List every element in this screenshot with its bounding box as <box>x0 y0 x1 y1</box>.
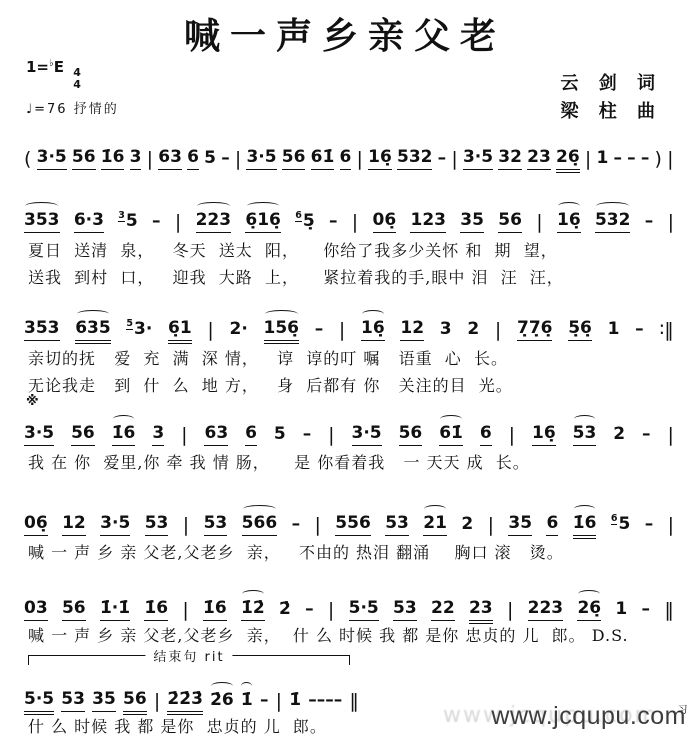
note-token: 3·5 <box>37 147 67 170</box>
note-token: 3·5 <box>463 147 493 170</box>
note-token: 6̣16̣ <box>245 210 281 233</box>
barline: ( <box>24 148 31 170</box>
note-token: 1̇6 <box>101 147 125 170</box>
time-upper: 4 <box>73 67 81 79</box>
note-token: 56 <box>62 598 86 621</box>
song-title: 喊一声乡亲父老 <box>0 8 690 59</box>
note-token: 566 <box>242 513 278 536</box>
note-token: 06̣ <box>24 513 48 536</box>
note-token: 7̣7̣6̣ <box>517 318 553 341</box>
note-token: 2 <box>467 319 479 341</box>
time-signature: 4 4 <box>73 67 81 90</box>
note-token: 1̇6 <box>112 423 136 446</box>
note-token: 156̣ <box>264 318 300 341</box>
barline: | <box>536 211 542 233</box>
note-token: 2̇2̇3̇ <box>167 689 203 712</box>
key-prefix: 1= <box>26 58 49 76</box>
watermark: www.jcqupu.com www.jcqupu.com 习 <box>491 702 686 738</box>
barline: | <box>339 319 345 341</box>
barline: | <box>668 514 674 536</box>
barline: | <box>175 211 181 233</box>
note-token: 3 <box>130 147 142 170</box>
note-token: – <box>221 148 230 170</box>
note-token: 1̇6 <box>203 598 227 621</box>
note-token: – <box>645 514 654 536</box>
barline: | <box>328 424 334 446</box>
note-token: – <box>438 148 447 170</box>
note-token: 3·5 <box>100 513 130 536</box>
note-token: 23 <box>469 598 493 621</box>
time-lower: 4 <box>73 79 81 91</box>
note-token: 635 <box>75 318 111 341</box>
note-token: 35 <box>118 211 137 233</box>
barline: | <box>183 514 189 536</box>
note-token: 16̣ <box>557 210 581 233</box>
key-note: E <box>54 58 64 76</box>
ending-phrase-label: 结束句 rit <box>145 646 232 665</box>
note-token: 12 <box>400 318 424 341</box>
note-token: 532 <box>397 147 433 170</box>
note-token: 56 <box>498 210 522 233</box>
segno-icon: ※ <box>26 394 39 409</box>
barline: | <box>451 148 457 170</box>
barline: | <box>276 690 282 712</box>
barline: | <box>667 148 673 170</box>
grace-note: 3 <box>118 210 125 222</box>
note-token: 5·5 <box>349 598 379 621</box>
note-token: 3 <box>440 319 452 341</box>
note-token: 26̣ <box>556 147 580 170</box>
note-token: 1̇6 <box>573 513 597 536</box>
notation-line-6: 03561̇·1̇1̇6|1̇61̇2̇2̇–|5·5532223|22326̣… <box>24 591 674 621</box>
note-token: – <box>260 690 269 712</box>
barline: | <box>509 424 515 446</box>
barline: | <box>147 148 153 170</box>
note-token: 1 <box>596 148 608 170</box>
note-token: 1̇ <box>241 690 253 712</box>
credit-composer: 梁 柱 曲 <box>560 98 662 126</box>
note-token: 6̣1 <box>168 318 192 341</box>
grace-note: 6 <box>295 210 302 222</box>
note-token: 21 <box>423 513 447 536</box>
note-token: 2 <box>613 424 625 446</box>
barline: | <box>182 599 188 621</box>
note-token: 65̣ <box>295 211 314 233</box>
note-token: 53 <box>385 513 409 536</box>
barline: ) <box>655 148 662 170</box>
lyric-line-5: 喊 一 声 乡 亲 父老,父老乡 亲， 不由的 热泪 翻涌 胸口 滚 烫。 <box>28 540 676 563</box>
note-token: 56 <box>72 147 96 170</box>
note-token: 556 <box>335 513 371 536</box>
note-token: 53· <box>126 319 152 341</box>
watermark-url: www.jcqupu.com <box>491 702 686 730</box>
note-token: 12 <box>62 513 86 536</box>
note-token: 16̣ <box>368 147 392 170</box>
lyric-line-verse2-b: 无论我走 到 什 么 地 方， 身 后都有 你 关注的目 光。 <box>28 373 676 396</box>
key-signature: 1=♭E 4 4 <box>26 58 81 90</box>
note-token: 5 <box>204 148 216 170</box>
note-token: – <box>641 148 650 170</box>
notation-line-3: 35363553·6̣1|2·156̣–|16̣1232|7̣7̣6̣5̣6̣1… <box>24 311 674 341</box>
note-token: 56 <box>123 689 147 712</box>
barline: | <box>488 514 494 536</box>
notation-line-5: 06̣123·553|53566–|55653212|3561̇665–| <box>24 506 674 536</box>
note-token: – <box>642 599 651 621</box>
note-token: 35 <box>92 689 116 712</box>
sheet-music-page: 喊一声乡亲父老 1=♭E 4 4 ♩=76 抒情的 云 剑 词 梁 柱 曲 (3… <box>0 0 690 744</box>
note-token: 35 <box>508 513 532 536</box>
grace-note: 6 <box>611 513 618 525</box>
note-token: 56 <box>71 423 95 446</box>
note-token: 1 <box>608 319 620 341</box>
note-token: – <box>152 211 161 233</box>
barline: | <box>352 211 358 233</box>
watermark-tail: 习 <box>673 704 688 714</box>
note-token: 53 <box>393 598 417 621</box>
note-token: – <box>627 148 636 170</box>
note-token: 6 <box>187 147 199 170</box>
note-token: 3·5 <box>24 423 54 446</box>
note-token: 1 <box>615 599 627 621</box>
note-token: 353 <box>24 210 60 233</box>
note-token: 63 <box>204 423 228 446</box>
note-token: 53 <box>573 423 597 446</box>
grace-note: 5 <box>126 318 133 330</box>
note-token: 2̇ <box>279 599 291 621</box>
note-token: 53 <box>145 513 169 536</box>
note-token: 223 <box>196 210 232 233</box>
note-token: 6 <box>340 147 352 170</box>
note-token: – <box>613 148 622 170</box>
note-token: 532 <box>595 210 631 233</box>
barline: | <box>495 319 501 341</box>
barline: | <box>235 148 241 170</box>
ending-phrase-bracket: 结束句 rit <box>28 655 350 665</box>
note-token: 1̇ <box>289 690 301 712</box>
barline: ∶‖ <box>659 319 673 341</box>
note-token: – <box>329 211 338 233</box>
notation-line-intro: (3·5561̇63|6365–|3·55661̇6|16̣532–|3·532… <box>24 140 674 170</box>
credit-lyricist: 云 剑 词 <box>560 70 662 98</box>
note-token: 16̣ <box>361 318 385 341</box>
barline: | <box>668 424 674 446</box>
note-token: 53 <box>204 513 228 536</box>
note-token: 56 <box>282 147 306 170</box>
note-token: 223 <box>528 598 564 621</box>
notation-line-ending: 5·5533556|2̇2̇3̇2̇61̇–|1̇––––‖ <box>24 682 359 712</box>
note-token: 2 <box>461 514 473 536</box>
lyric-line-verse2-a: 送我 到村 口， 迎我 大路 上， 紧拉着我的手,眼中 泪 汪 汪， <box>28 265 676 288</box>
lyric-line-verse1-a: 夏日 送清 泉， 冬天 送太 阳， 你给了我多少关怀 和 期 望， <box>28 238 676 261</box>
note-token: 123 <box>410 210 446 233</box>
note-token: 35 <box>460 210 484 233</box>
note-token: 1̇·1̇ <box>100 598 130 621</box>
note-token: 2̇6 <box>210 690 234 712</box>
note-token: 353 <box>24 318 60 341</box>
barline: | <box>668 211 674 233</box>
lyric-line-verse1-b: 亲切的抚 爱 充 满 深 情， 谆 谆的叮 嘱 语重 心 长。 <box>28 346 676 369</box>
note-token: – <box>292 514 301 536</box>
note-token: 5·5 <box>24 689 54 712</box>
notation-line-2: 3536·335–|2236̣16̣65̣–|06̣1233556|16̣532… <box>24 203 674 233</box>
note-token: 5 <box>274 424 286 446</box>
barline: | <box>154 690 160 712</box>
note-token: – <box>645 211 654 233</box>
note-token: 63 <box>158 147 182 170</box>
barline: | <box>314 514 320 536</box>
note-token: 23 <box>527 147 551 170</box>
note-token: 03 <box>24 598 48 621</box>
note-token: 6 <box>480 423 492 446</box>
barline: | <box>585 148 591 170</box>
note-token: 6 <box>245 423 257 446</box>
barline: | <box>507 599 513 621</box>
note-token: 3·5 <box>246 147 276 170</box>
note-token: 61̇ <box>439 423 463 446</box>
note-token: – <box>315 319 324 341</box>
note-token: 1̇6 <box>144 598 168 621</box>
note-token: 56 <box>399 423 423 446</box>
barline: ‖ <box>349 690 359 712</box>
credits: 云 剑 词 梁 柱 曲 <box>560 70 662 126</box>
barline: ‖ <box>664 599 674 621</box>
notation-line-4: 3·5561̇63|6365–|3·55661̇6|16̣532–| <box>24 416 674 446</box>
barline: | <box>181 424 187 446</box>
note-token: 5̣6̣ <box>568 318 592 341</box>
note-token: 6·3 <box>74 210 104 233</box>
note-token: – <box>635 319 644 341</box>
note-token: – <box>305 599 314 621</box>
tempo-marking: ♩=76 抒情的 <box>26 98 119 117</box>
lyric-line-6: 喊 一 声 乡 亲 父老,父老乡 亲， 什 么 时候 我 都 是你 忠贞的 儿 … <box>28 623 676 646</box>
barline: | <box>357 148 363 170</box>
note-token: 1̇2̇ <box>241 598 265 621</box>
note-token: 16̣ <box>532 423 556 446</box>
note-token: 3 <box>152 423 164 446</box>
note-token: 61̇ <box>311 147 335 170</box>
note-token: 53 <box>61 689 85 712</box>
note-token: 06̣ <box>373 210 397 233</box>
lyric-line-4: 我 在 你 爱里,你 牵 我 情 肠， 是 你看着我 一 天天 成 长。 <box>28 450 676 473</box>
note-token: 6 <box>546 513 558 536</box>
note-token: 3·5 <box>352 423 382 446</box>
note-token: 65 <box>611 514 630 536</box>
note-token: – <box>303 424 312 446</box>
note-token: –––– <box>308 690 342 712</box>
barline: | <box>207 319 213 341</box>
note-token: 32 <box>498 147 522 170</box>
barline: | <box>328 599 334 621</box>
note-token: 2· <box>230 319 248 341</box>
note-token: – <box>642 424 651 446</box>
note-token: 26̣ <box>577 598 601 621</box>
note-token: 22 <box>431 598 455 621</box>
